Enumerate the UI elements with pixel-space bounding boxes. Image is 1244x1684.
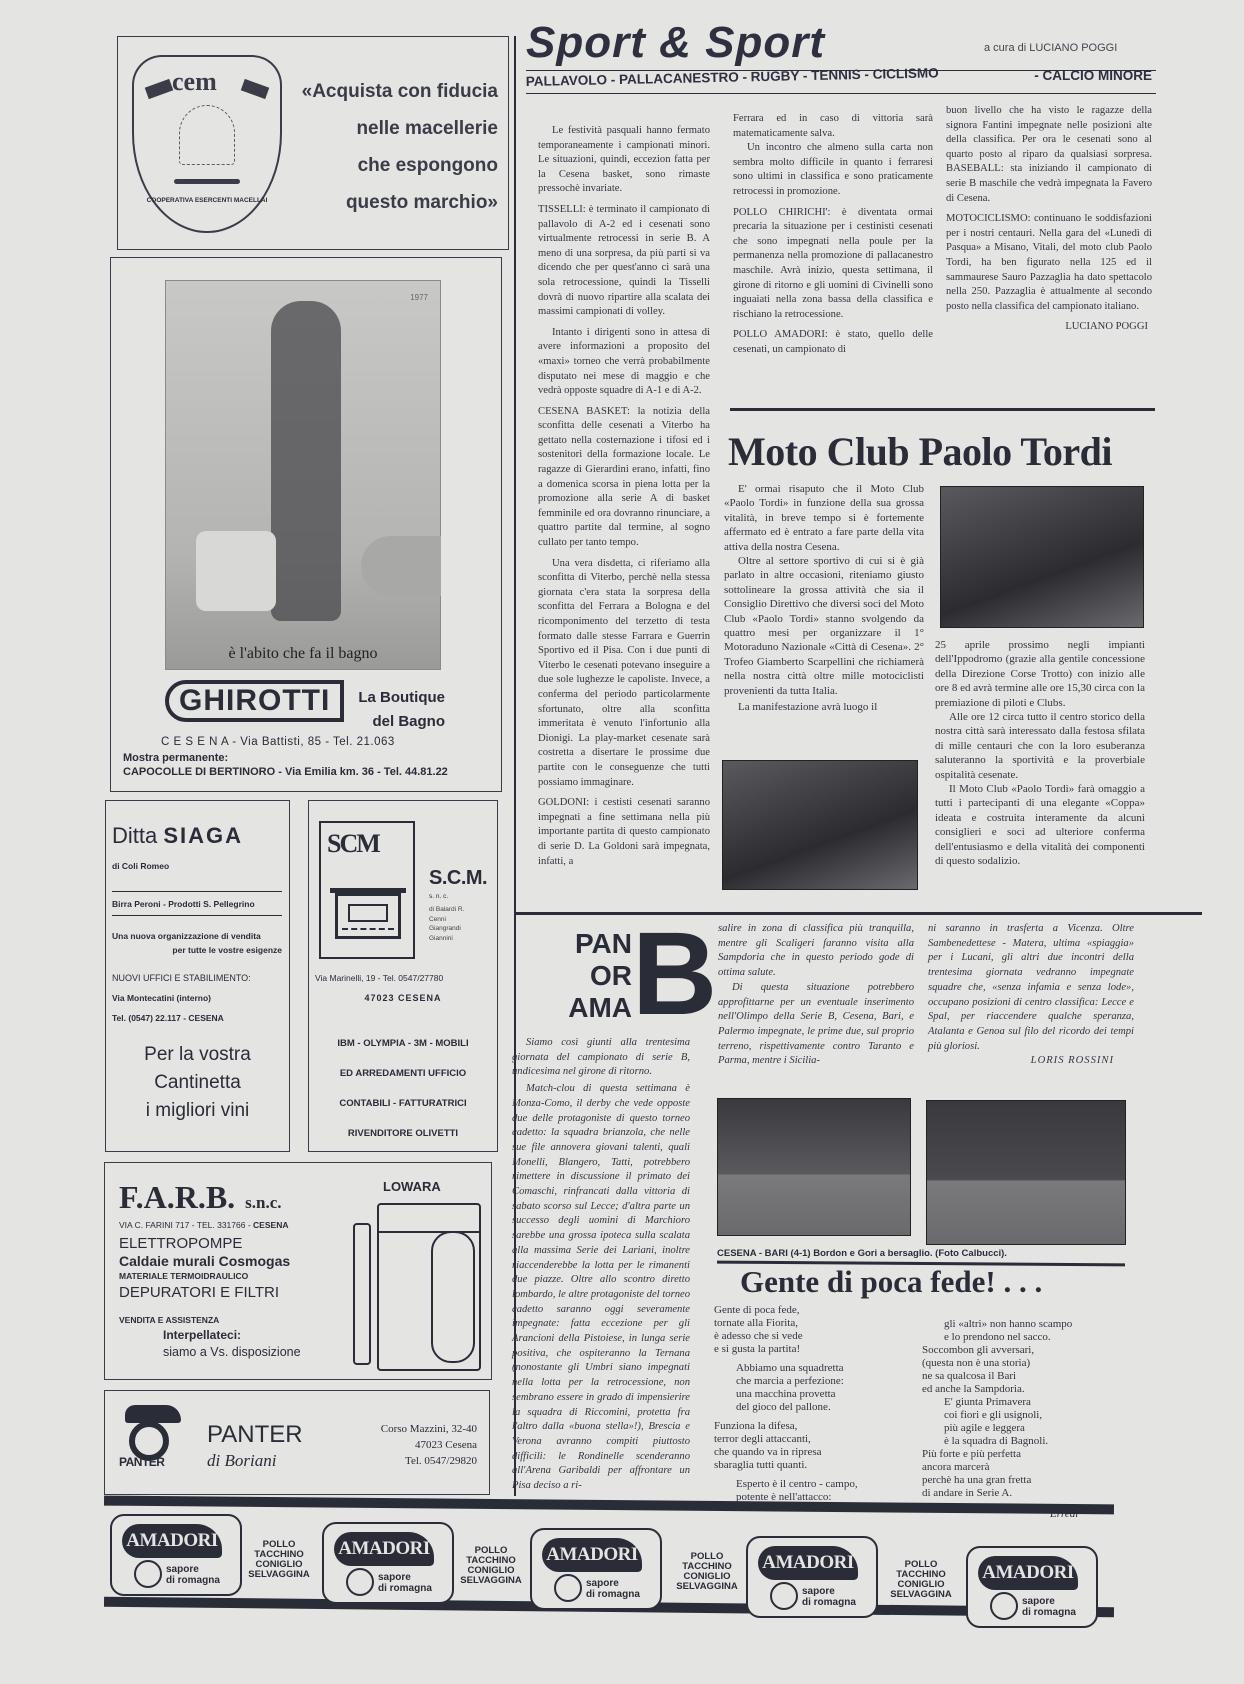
poem-line: che quando va in ripresa <box>714 1446 934 1459</box>
section-divider <box>514 912 1202 915</box>
poem-line: E' giunta Primavera <box>944 1396 1132 1409</box>
farb-address: VIA C. FARINI 717 - TEL. 331766 - CESENA <box>119 1220 288 1230</box>
partner: di Balardi R. <box>429 905 464 915</box>
photo-year: 1977 <box>410 293 428 302</box>
paragraph: Oltre al settore sportivo di cui si è gi… <box>724 554 924 698</box>
poem-line: ancora marcerà <box>922 1461 1132 1474</box>
amadori-sub: saporedi romagna <box>166 1564 220 1586</box>
photo-caption: è l'abito che fa il bagno <box>166 645 440 663</box>
panter-name: PANTER <box>207 1421 303 1449</box>
slogan-line: i migliori vini <box>106 1097 289 1125</box>
amadori-sub: saporedi romagna <box>1022 1596 1076 1618</box>
poem-left: Gente di poca fede, tornate alla Fiorita… <box>714 1304 934 1510</box>
paragraph: CESENA BASKET: la notizia della sconfitt… <box>538 405 710 551</box>
section-subheading: PALLAVOLO - PALLACANESTRO - RUGBY - TENN… <box>526 70 1156 94</box>
poem-line: di andare in Serie A. <box>922 1487 1132 1500</box>
scm-line: IBM - OLYMPIA - 3M - MOBILI <box>309 1029 497 1059</box>
section-divider <box>730 408 1155 411</box>
poem-line: Soccombon gli avversari, <box>922 1344 1132 1357</box>
stanza: Abbiamo una squadretta che marcia a perf… <box>714 1362 934 1414</box>
scm-ad: SCM S.C.M. s. n. c. di Balardi R. Cenni … <box>308 800 498 1152</box>
moto-club-photo-mechanic <box>940 486 1144 628</box>
panorama-word: PAN <box>540 928 632 960</box>
moto-club-photo-group <box>722 760 918 890</box>
poem-line: e si gusta la partita! <box>714 1343 934 1356</box>
poem-line: è la squadra di Bagnoli. <box>944 1435 1132 1448</box>
poem-line: tornate alla Fiorita, <box>714 1317 934 1330</box>
partner: Giangrandi <box>429 924 464 934</box>
farb-line: Caldaie murali Cosmogas <box>119 1253 359 1270</box>
stanza: Più forte e più perfetta ancora marcerà … <box>922 1448 1132 1500</box>
amadori-logo: AMADORI <box>122 1524 222 1558</box>
farb-line: VENDITA E ASSISTENZA <box>119 1313 359 1327</box>
paragraph: 25 aprile prossimo negli impianti dell'I… <box>935 638 1145 710</box>
farb-line: DEPURATORI E FILTRI <box>119 1283 359 1303</box>
chicken-emblem-icon <box>770 1582 798 1610</box>
sub-line: di romagna <box>802 1597 856 1608</box>
scm-line: ED ARREDAMENTI UFFICIO <box>309 1059 497 1089</box>
stanza: Funziona la difesa, terror degli attacca… <box>714 1420 934 1472</box>
paragraph: Un incontro che almeno sulla carta non s… <box>733 141 933 199</box>
amadori-products: POLLOTACCHINOCONIGLIOSELVAGGINA <box>456 1546 526 1586</box>
farb-address-text: VIA C. FARINI 717 - TEL. 331766 - <box>119 1220 251 1230</box>
farb-type: s.n.c. <box>245 1193 281 1212</box>
scm-name: S.C.M. <box>429 867 487 890</box>
ghirotti-tagline: La Boutique del Bagno <box>345 686 445 734</box>
siaga-desc: Una nuova organizzazione di vendita per … <box>112 929 282 957</box>
scm-line: CONTABILI - FATTURATRICI <box>309 1089 497 1119</box>
amadori-products: POLLOTACCHINOCONIGLIOSELVAGGINA <box>672 1552 742 1592</box>
partner: Giannini <box>429 934 464 944</box>
tagline-line: La Boutique <box>345 686 445 710</box>
paragraph: Ferrara ed in caso di vittoria sarà mate… <box>733 112 933 141</box>
panter-logo-text: PANTER <box>119 1455 164 1469</box>
panorama-signature: LORIS ROSSINI <box>928 1054 1134 1069</box>
panorama-col1: Siamo così giunti alla trentesima giorna… <box>510 1036 690 1500</box>
poem-line: del gioco del pallone. <box>736 1401 934 1414</box>
paragraph: Di questa situazione potrebbero approfit… <box>718 981 914 1069</box>
poem-line: Funziona la difesa, <box>714 1420 934 1433</box>
chicken-emblem-icon <box>346 1568 374 1596</box>
poem-line: più agile e leggera <box>944 1422 1132 1435</box>
cem-slogan-line: nelle macellerie <box>298 110 498 147</box>
scm-type: s. n. c. <box>429 893 448 900</box>
paragraph: GOLDONI: i cestisti cesenati saranno imp… <box>538 796 710 869</box>
sub-line: sapore <box>1022 1596 1076 1607</box>
cem-logo-text: cem <box>172 67 217 97</box>
scm-logo-text: SCM <box>327 829 379 859</box>
paragraph: Una vera disdetta, ci riferiamo alla sco… <box>538 557 710 791</box>
chicken-emblem-icon <box>990 1592 1018 1620</box>
address-line: 47023 Cesena <box>381 1437 477 1453</box>
amadori-logo: AMADORI <box>758 1546 858 1580</box>
lowara-brand: LOWARA <box>383 1179 441 1194</box>
byline: a cura di LUCIANO POGGI <box>984 42 1117 54</box>
farb-name-text: F.A.R.B. <box>119 1179 235 1215</box>
slogan-line: Cantinetta <box>106 1069 289 1097</box>
paragraph: buon livello che ha visto le ragazze del… <box>946 104 1152 206</box>
stanza: E' giunta Primavera coi fiori e gli usig… <box>922 1396 1132 1448</box>
panorama-col2: salire in zona di classifica più tranqui… <box>718 922 914 1075</box>
panorama-title-words: PAN OR AMA <box>540 928 632 1024</box>
paragraph: TISSELLI: è terminato il campionato di p… <box>538 203 710 320</box>
subheading-calcio: - CALCIO MINORE <box>1034 65 1152 86</box>
paragraph: Intanto i dirigenti sono in attesa di av… <box>538 326 710 399</box>
typewriter-icon <box>335 893 401 939</box>
sub-line: sapore <box>378 1572 432 1583</box>
poem-line: coi fiori e gli usignoli, <box>944 1409 1132 1422</box>
ghirotti-brand: GHIROTTI <box>165 680 344 722</box>
poem-line: ne sa qualcosa il Bari <box>922 1370 1132 1383</box>
paragraph: POLLO AMADORI: è stato, quello delle ces… <box>733 328 933 357</box>
poem-line: una macchina provetta <box>736 1388 934 1401</box>
chicken-emblem-icon <box>134 1560 162 1588</box>
siaga-owner: di Coli Romeo <box>112 861 169 871</box>
paragraph: Siamo così giunti alla trentesima giorna… <box>512 1036 690 1080</box>
poem-line: Esperto è il centro - campo, <box>736 1478 934 1491</box>
stanza: Gente di poca fede, tornate alla Fiorita… <box>714 1304 934 1356</box>
cem-logo-bar <box>174 179 240 184</box>
siaga-products: Birra Peroni - Prodotti S. Pellegrino <box>112 899 255 909</box>
panorama-title-letter: B <box>632 918 717 1030</box>
amadori-logo: AMADORI <box>542 1538 642 1572</box>
address-line: Corso Mazzini, 32-40 <box>381 1421 477 1437</box>
stanza: Esperto è il centro - campo, potente è n… <box>714 1478 934 1504</box>
poem-right: gli «altri» non hanno scampo e lo prendo… <box>922 1318 1132 1506</box>
sport-article-col2: Ferrara ed in caso di vittoria sarà mate… <box>733 112 933 364</box>
panorama-word: AMA <box>540 992 632 1024</box>
siaga-street: Via Montecatini (interno) <box>112 993 211 1003</box>
cem-slogan-line: questo marchio» <box>298 184 498 221</box>
fountain-icon <box>179 105 235 165</box>
product: SELVAGGINA <box>456 1576 526 1586</box>
cem-shield-logo: cem COOPERATIVA ESERCENTI MACELLAI <box>132 55 282 233</box>
poem-line: sbaraglia tutti quanti. <box>714 1459 934 1472</box>
product: SELVAGGINA <box>672 1582 742 1592</box>
farb-lines: ELETTROPOMPE Caldaie murali Cosmogas MAT… <box>119 1235 359 1361</box>
farb-line: Interpellateci: <box>119 1327 359 1343</box>
cesena-bari-photo-1 <box>717 1098 911 1236</box>
poem-line: gli «altri» non hanno scampo <box>944 1318 1132 1331</box>
paragraph: Match-clou di questa settimana è Monza-C… <box>512 1082 690 1494</box>
poem-line: e lo prendono nel sacco. <box>944 1331 1132 1344</box>
sport-article-col3: buon livello che ha visto le ragazze del… <box>946 104 1152 341</box>
photo-caption: CESENA - BARI (4-1) Bordon e Gori a bers… <box>717 1248 1007 1259</box>
paragraph: E' ormai risaputo che il Moto Club «Paol… <box>724 482 924 554</box>
slogan-line: Per la vostra <box>106 1041 289 1069</box>
photo-table <box>361 536 441 596</box>
paragraph: MOTOCICLISMO: continuano le soddisfazion… <box>946 212 1152 314</box>
panter-address: Corso Mazzini, 32-40 47023 Cesena Tel. 0… <box>381 1421 477 1469</box>
cem-ad: cem COOPERATIVA ESERCENTI MACELLAI «Acqu… <box>117 36 509 250</box>
amadori-logo: AMADORI <box>334 1532 434 1566</box>
paragraph: salire in zona di classifica più tranqui… <box>718 922 914 981</box>
farb-line: siamo a Vs. disposizione <box>119 1343 359 1361</box>
panorama-word: OR <box>540 960 632 992</box>
siaga-slogan: Per la vostra Cantinetta i migliori vini <box>106 1041 289 1125</box>
divider <box>112 915 282 916</box>
panter-ad: PANTER PANTER di Boriani Corso Mazzini, … <box>104 1390 490 1495</box>
page-title: Sport & Sport <box>526 18 825 68</box>
article-signature: LUCIANO POGGI <box>946 320 1152 335</box>
photo-figure-silhouette <box>271 301 341 621</box>
siaga-offices: NUOVI UFFICI E STABILIMENTO: <box>112 973 251 983</box>
chicken-emblem-icon <box>554 1574 582 1602</box>
product: SELVAGGINA <box>886 1590 956 1600</box>
farb-ad: F.A.R.B. s.n.c. VIA C. FARINI 717 - TEL.… <box>104 1162 492 1380</box>
siaga-ad: Ditta SIAGA di Coli Romeo Birra Peroni -… <box>105 800 290 1152</box>
farb-city: CESENA <box>253 1220 288 1230</box>
amadori-logo-box: AMADORI saporedi romagna <box>966 1546 1098 1628</box>
poem-line: (questa non è una storia) <box>922 1357 1132 1370</box>
partner: Cenni <box>429 915 464 925</box>
poem-title: Gente di poca fede! . . . <box>740 1264 1042 1300</box>
panter-owner: di Boriani <box>207 1451 276 1471</box>
siaga-title: Ditta SIAGA <box>112 823 243 849</box>
poem-line: perchè ha una gran fretta <box>922 1474 1132 1487</box>
photo-fixture <box>196 531 276 611</box>
stanza: gli «altri» non hanno scampo e lo prendo… <box>922 1318 1132 1344</box>
sub-line: di romagna <box>378 1583 432 1594</box>
boiler-icon <box>377 1203 481 1371</box>
paragraph: Le festività pasquali hanno fermato temp… <box>538 124 710 197</box>
panorama-col3: ni saranno in trasferta a Vicenza. Oltre… <box>928 922 1134 1075</box>
scm-line: RIVENDITORE OLIVETTI <box>309 1119 497 1149</box>
amadori-products: POLLOTACCHINOCONIGLIOSELVAGGINA <box>244 1540 314 1580</box>
amadori-logo-box: AMADORI saporedi romagna <box>746 1536 878 1618</box>
amadori-sub: saporedi romagna <box>802 1586 856 1608</box>
desc-line: Una nuova organizzazione di vendita <box>112 929 282 943</box>
cem-logo-banner-left <box>145 79 174 99</box>
stanza: Soccombon gli avversari, (questa non è u… <box>922 1344 1132 1396</box>
cem-logo-banner-right <box>241 79 270 99</box>
cem-slogan-line: «Acquista con fiducia <box>298 73 498 110</box>
sub-line: di romagna <box>1022 1607 1076 1618</box>
cem-slogan: «Acquista con fiducia nelle macellerie c… <box>298 73 498 221</box>
poem-line: Più forte e più perfetta <box>922 1448 1132 1461</box>
address-line: Tel. 0547/29820 <box>381 1453 477 1469</box>
moto-club-col2: 25 aprile prossimo negli impianti dell'I… <box>935 638 1145 875</box>
farb-line: MATERIALE TERMOIDRAULICO <box>119 1270 359 1283</box>
amadori-products: POLLOTACCHINOCONIGLIOSELVAGGINA <box>886 1560 956 1600</box>
ghirotti-showroom: CAPOCOLLE DI BERTINORO - Via Emilia km. … <box>123 766 448 778</box>
sub-line: di romagna <box>586 1589 640 1600</box>
moto-club-col1: E' ormai risaputo che il Moto Club «Paol… <box>724 482 924 721</box>
paragraph: POLLO CHIRICHI': è diventata ormai preca… <box>733 206 933 323</box>
scm-lines: IBM - OLYMPIA - 3M - MOBILI ED ARREDAMEN… <box>309 1029 497 1149</box>
scm-city: 47023 CESENA <box>309 993 497 1003</box>
paragraph: ni saranno in trasferta a Vicenza. Oltre… <box>928 922 1134 1054</box>
amadori-logo: AMADORI <box>978 1556 1078 1590</box>
moto-club-title: Moto Club Paolo Tordi <box>728 428 1112 475</box>
panther-logo-icon: PANTER <box>119 1405 189 1471</box>
siaga-phone: Tel. (0547) 22.117 - CESENA <box>112 1013 224 1023</box>
poem-line: Abbiamo una squadretta <box>736 1362 934 1375</box>
sub-line: sapore <box>586 1578 640 1589</box>
paragraph: La manifestazione avrà luogo il <box>724 700 924 714</box>
cem-slogan-line: che espongono <box>298 147 498 184</box>
product: SELVAGGINA <box>244 1570 314 1580</box>
sub-line: sapore <box>802 1586 856 1597</box>
amadori-logo-box: AMADORI saporedi romagna <box>110 1514 242 1596</box>
amadori-sub: saporedi romagna <box>378 1572 432 1594</box>
scm-partners: di Balardi R. Cenni Giangrandi Giannini <box>429 905 464 943</box>
ghirotti-ad: 1977 è l'abito che fa il bagno GHIROTTI … <box>110 257 502 792</box>
poem-line: è adesso che si vede <box>714 1330 934 1343</box>
paragraph: Il Moto Club «Paolo Tordi» farà omaggio … <box>935 782 1145 868</box>
amadori-sub: saporedi romagna <box>586 1578 640 1600</box>
desc-line: per tutte le vostre esigenze <box>112 943 282 957</box>
amadori-logo-box: AMADORI saporedi romagna <box>322 1522 454 1604</box>
tagline-line: del Bagno <box>345 710 445 734</box>
cem-logo-ring-text: COOPERATIVA ESERCENTI MACELLAI <box>140 197 274 204</box>
poem-line: ed anche la Sampdoria. <box>922 1383 1132 1396</box>
ghirotti-showroom-label: Mostra permanente: <box>123 752 228 764</box>
siaga-title-b: SIAGA <box>163 823 243 848</box>
paragraph: Alle ore 12 circa tutto il centro storic… <box>935 710 1145 782</box>
siaga-title-a: Ditta <box>112 823 157 848</box>
cesena-bari-photo-2 <box>926 1100 1126 1245</box>
ghirotti-address: C E S E N A - Via Battisti, 85 - Tel. 21… <box>161 736 395 748</box>
ghirotti-photo: 1977 è l'abito che fa il bagno <box>165 280 441 670</box>
divider <box>112 891 282 892</box>
farb-line: ELETTROPOMPE <box>119 1235 359 1253</box>
sub-line: sapore <box>166 1564 220 1575</box>
poem-line: che marcia a perfezione: <box>736 1375 934 1388</box>
sport-article-col1: Le festività pasquali hanno fermato temp… <box>538 124 710 875</box>
poem-line: terror degli attaccanti, <box>714 1433 934 1446</box>
sub-line: di romagna <box>166 1575 220 1586</box>
scm-address: Via Marinelli, 19 - Tel. 0547/27780 <box>315 973 443 983</box>
pump-icon <box>353 1223 371 1365</box>
poem-line: Gente di poca fede, <box>714 1304 934 1317</box>
amadori-logo-box: AMADORI saporedi romagna <box>530 1528 662 1610</box>
farb-name: F.A.R.B. s.n.c. <box>119 1179 282 1216</box>
scm-logo-box: SCM <box>319 821 415 959</box>
